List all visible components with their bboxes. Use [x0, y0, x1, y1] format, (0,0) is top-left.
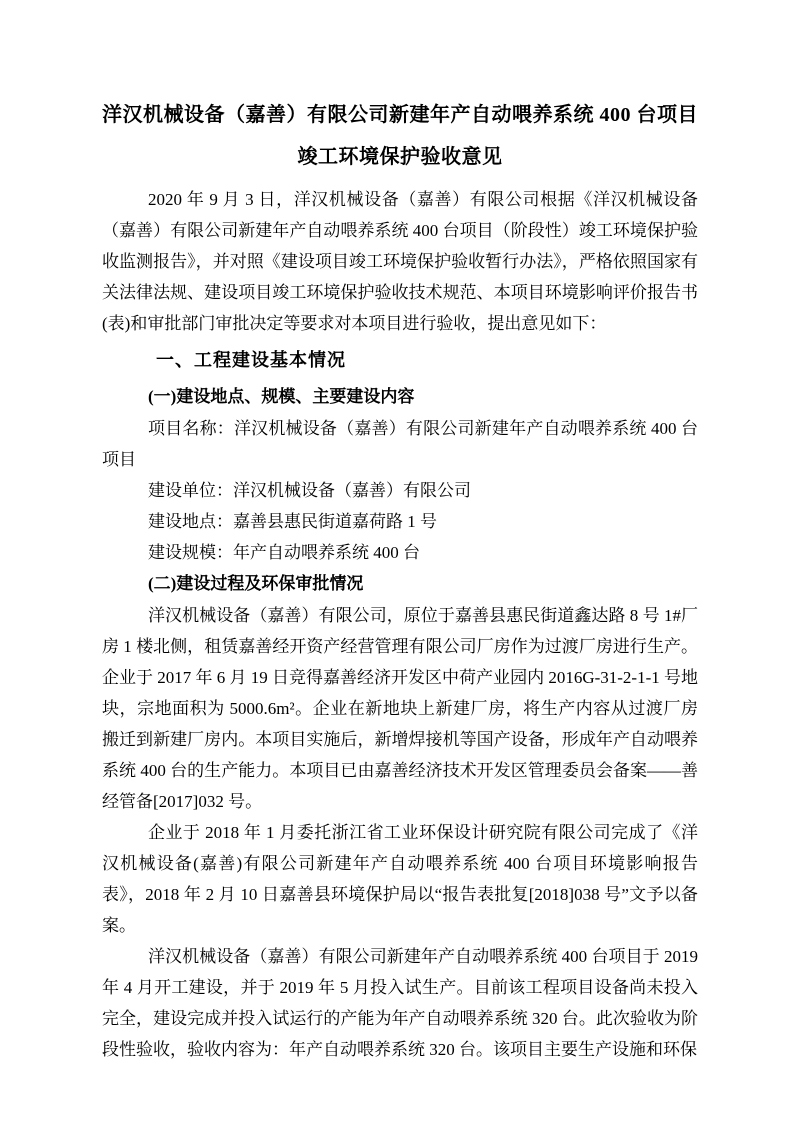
project-name-line: 项目名称：洋汉机械设备（嘉善）有限公司新建年产自动喂养系统 400 台项目 [102, 413, 698, 475]
section1-heading: 一、工程建设基本情况 [102, 342, 698, 379]
construction-scale-line: 建设规模：年产自动喂养系统 400 台 [102, 537, 698, 568]
document-title-line-1: 洋汉机械设备（嘉善）有限公司新建年产自动喂养系统 400 台项目 [102, 94, 698, 136]
construction-status-paragraph: 洋汉机械设备（嘉善）有限公司新建年产自动喂养系统 400 台项目于 2019 年… [102, 941, 698, 1065]
construction-unit-line: 建设单位：洋汉机械设备（嘉善）有限公司 [102, 475, 698, 506]
document-title-line-2: 竣工环境保护验收意见 [102, 136, 698, 178]
section1-sub1-heading: (一)建设地点、规模、主要建设内容 [102, 381, 698, 413]
intro-paragraph: 2020 年 9 月 3 日，洋汉机械设备（嘉善）有限公司根据《洋汉机械设备（嘉… [102, 184, 698, 339]
construction-history-paragraph: 洋汉机械设备（嘉善）有限公司，原位于嘉善县惠民街道鑫达路 8 号 1#厂房 1 … [102, 600, 698, 817]
construction-site-line: 建设地点：嘉善县惠民街道嘉荷路 1 号 [102, 506, 698, 537]
document-title: 洋汉机械设备（嘉善）有限公司新建年产自动喂养系统 400 台项目 竣工环境保护验… [102, 94, 698, 178]
document-page: 洋汉机械设备（嘉善）有限公司新建年产自动喂养系统 400 台项目 竣工环境保护验… [0, 0, 800, 1131]
section1-sub2-heading: (二)建设过程及环保审批情况 [102, 568, 698, 600]
eia-approval-paragraph: 企业于 2018 年 1 月委托浙江省工业环保设计研究院有限公司完成了《洋汉机械… [102, 817, 698, 941]
